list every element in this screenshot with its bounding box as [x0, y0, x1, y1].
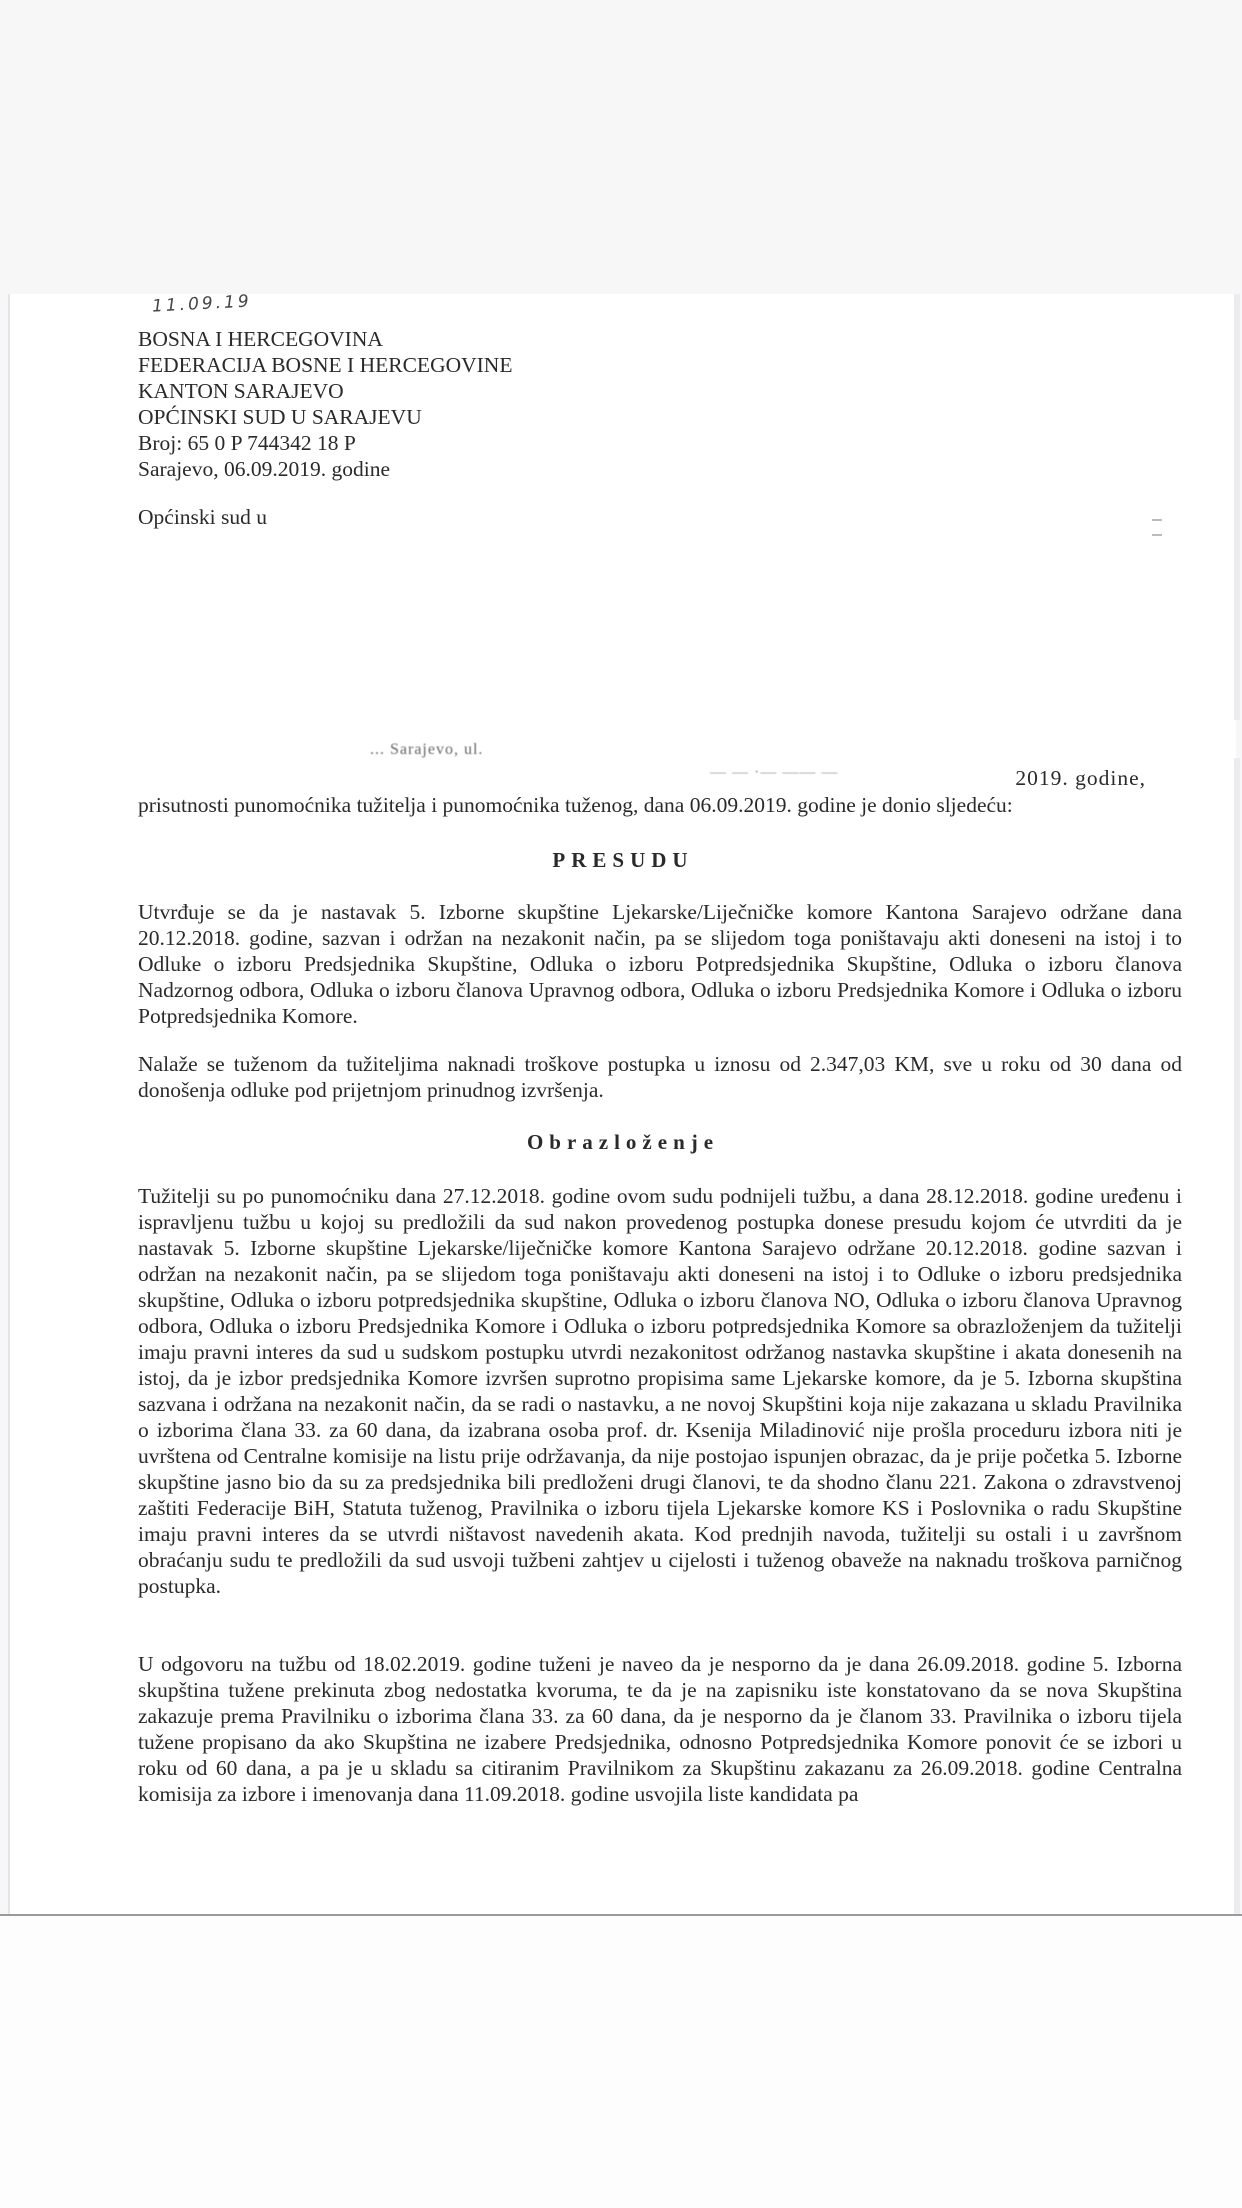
- redacted-date-fragment: 2019. godine,: [1015, 766, 1146, 791]
- reasoning-paragraph: Tužitelji su po punomoćniku dana 27.12.2…: [138, 1183, 1182, 1599]
- redacted-text-fragment: — — ·— —— —: [710, 764, 838, 782]
- viewer-bottom-background: [0, 1914, 1242, 2208]
- header-line-canton: KANTON SARAJEVO: [138, 378, 1182, 404]
- redacted-text-fragment: ... Sarajevo, ul.: [370, 741, 483, 759]
- header-line-date: Sarajevo, 06.09.2019. godine: [138, 456, 1182, 482]
- handwritten-date-note: 11.09.19: [152, 291, 253, 316]
- header-line-case-number: Broj: 65 0 P 744342 18 P: [138, 430, 1182, 456]
- verdict-heading: PRESUDU: [10, 848, 1236, 873]
- reasoning-paragraph: U odgovoru na tužbu od 18.02.2019. godin…: [138, 1651, 1182, 1807]
- verdict-paragraph: Utvrđuje se da je nastavak 5. Izborne sk…: [138, 899, 1182, 1029]
- intro-sentence: prisutnosti punomoćnika tužitelja i puno…: [138, 792, 1182, 818]
- scan-artifact: [1152, 519, 1162, 521]
- court-header: BOSNA I HERCEGOVINA FEDERACIJA BOSNE I H…: [138, 326, 1182, 482]
- verdict-paragraph: Nalaže se tuženom da tužiteljima naknadi…: [138, 1051, 1182, 1103]
- court-intro: Općinski sud u: [138, 504, 1182, 530]
- header-line-country: BOSNA I HERCEGOVINA: [138, 326, 1182, 352]
- reasoning-heading: Obrazloženje: [10, 1130, 1236, 1155]
- page-edge-shadow: [1234, 294, 1240, 720]
- page-edge-shadow: [1234, 758, 1240, 1914]
- scan-artifact: [1152, 534, 1162, 536]
- header-line-court: OPĆINSKI SUD U SARAJEVU: [138, 404, 1182, 430]
- document-page[interactable]: 11.09.19 BOSNA I HERCEGOVINA FEDERACIJA …: [8, 294, 1236, 1914]
- header-line-federation: FEDERACIJA BOSNE I HERCEGOVINE: [138, 352, 1182, 378]
- viewer-top-background: [0, 0, 1242, 294]
